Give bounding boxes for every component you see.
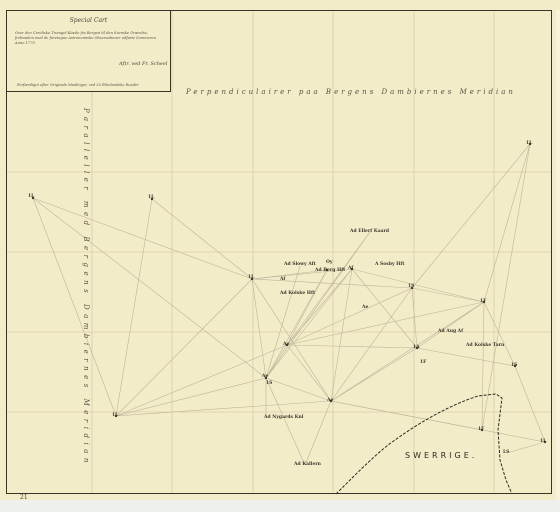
station-label[interactable]: LS — [503, 450, 509, 455]
station-label[interactable]: Ad Ellerf Kaard — [350, 229, 389, 234]
station-label[interactable]: Ad Berg Hft — [315, 268, 345, 273]
station-label[interactable]: 1S — [266, 381, 272, 386]
station-label[interactable]: Ae — [262, 374, 268, 379]
top-axis-label: Perpendiculairer paa Bergens Dambiernes … — [186, 88, 516, 96]
station-label[interactable]: Ad Kolske Hft — [280, 291, 315, 296]
station-label[interactable]: 1A — [413, 345, 420, 350]
station-label[interactable]: A Sosby Hft — [375, 262, 404, 267]
station-label[interactable]: Ae — [327, 398, 333, 403]
station-label[interactable]: Ad Kolske Tarn — [466, 343, 504, 348]
station-label[interactable]: Oy — [326, 260, 333, 265]
station-label[interactable]: Ae — [362, 305, 368, 310]
station-label[interactable]: 1S — [511, 363, 517, 368]
vertical-axis-label: Paralleller med Bergens Dambiernes Merid… — [82, 108, 90, 467]
station-label[interactable]: Ad Kallern — [294, 462, 321, 467]
station-label[interactable]: Af — [348, 266, 353, 271]
station-label[interactable]: 1F — [480, 299, 486, 304]
country-label: SWERRIGE. — [405, 451, 477, 460]
station-label[interactable]: 1L — [540, 439, 546, 444]
title-cartouche: Special Cart Over den Caroliske Triangel… — [7, 11, 171, 92]
cartouche-footer: Forfærdiget efter Originale Maalinger, v… — [17, 83, 167, 87]
station-label[interactable]: 1L — [148, 195, 154, 200]
station-label[interactable]: Ae — [283, 342, 289, 347]
page-number: 21 — [20, 494, 28, 501]
station-label[interactable]: Af — [280, 277, 285, 282]
station-label[interactable]: Ad Nygards Knl — [264, 415, 304, 420]
station-label[interactable]: Ad Aug Af — [438, 329, 463, 334]
station-label[interactable]: Ad Slowy Aft — [284, 262, 316, 267]
cartouche-signature: Aftr. ved Fr. Scheel — [119, 61, 167, 67]
cartouche-title: Special Cart — [7, 17, 170, 24]
station-label[interactable]: 1L — [248, 275, 254, 280]
station-label[interactable]: 1F — [420, 360, 426, 365]
station-label[interactable]: 1S — [408, 284, 414, 289]
station-label[interactable]: 1F — [478, 427, 484, 432]
cartouche-body: Over den Caroliske Triangel-Kiæde fra Be… — [15, 31, 165, 46]
station-label[interactable]: 1L — [28, 194, 34, 199]
station-label[interactable]: 1L — [112, 413, 118, 418]
station-label[interactable]: 1L — [526, 141, 532, 146]
